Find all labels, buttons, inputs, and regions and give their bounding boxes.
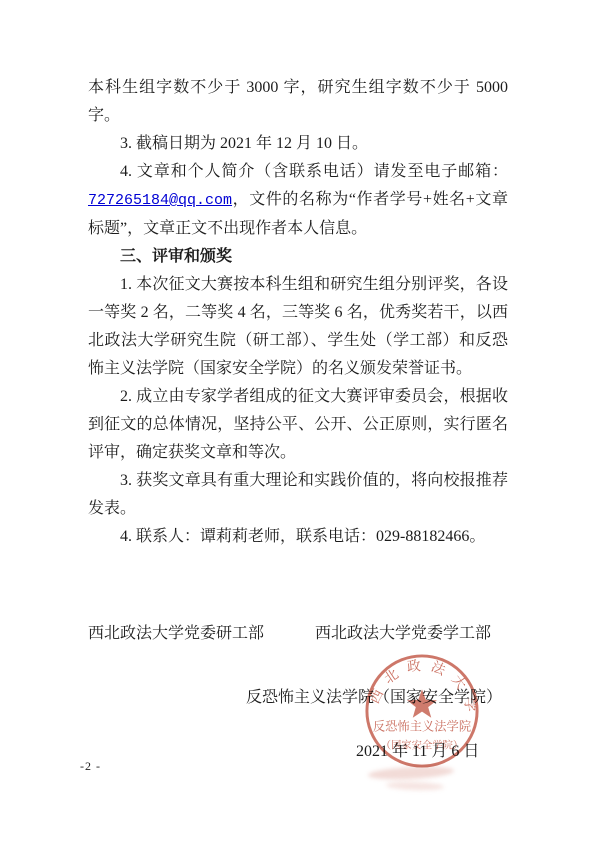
body-item-email-prefix: 4. 文章和个人简介（含联系电话）请发至电子邮箱： bbox=[120, 163, 508, 180]
signature-college-unit: 反恐怖主义法学院（国家安全学院） bbox=[246, 684, 502, 707]
award-item-4: 4. 联系人：谭莉莉老师，联系电话：029-88182466。 bbox=[88, 523, 508, 551]
signature-right-unit: 西北政法大学党委学工部 bbox=[315, 620, 491, 643]
signature-left-unit: 西北政法大学党委研工部 bbox=[88, 620, 264, 643]
section-heading: 三、评审和颁奖 bbox=[88, 243, 508, 271]
body-paragraph-continuation: 本科生组字数不少于 3000 字，研究生组字数不少于 5000 字。 bbox=[88, 74, 508, 130]
email-link[interactable]: 727265184@qq.com bbox=[88, 192, 232, 209]
document-page: 本科生组字数不少于 3000 字，研究生组字数不少于 5000 字。 3. 截稿… bbox=[0, 0, 596, 842]
body-item-deadline: 3. 截稿日期为 2021 年 12 月 10 日。 bbox=[88, 130, 508, 158]
signature-date: 2021 年 11 月 6 日 bbox=[356, 738, 479, 761]
award-item-1: 1. 本次征文大赛按本科生组和研究生组分别评奖，各设一等奖 2 名，二等奖 4 … bbox=[88, 271, 508, 383]
page-number: -2 - bbox=[80, 759, 101, 774]
document-body: 本科生组字数不少于 3000 字，研究生组字数不少于 5000 字。 3. 截稿… bbox=[88, 74, 508, 551]
seal-ink-smudge bbox=[386, 781, 444, 791]
body-item-email: 4. 文章和个人简介（含联系电话）请发至电子邮箱：727265184@qq.co… bbox=[88, 158, 508, 243]
award-item-2: 2. 成立由专家学者组成的征文大赛评审委员会，根据收到征文的总体情况，坚持公平、… bbox=[88, 383, 508, 467]
seal-line1: 反恐怖主义法学院 bbox=[373, 719, 471, 734]
seal-ink-smudge bbox=[368, 765, 455, 781]
award-item-3: 3. 获奖文章具有重大理论和实践价值的，将向校报推荐发表。 bbox=[88, 467, 508, 523]
